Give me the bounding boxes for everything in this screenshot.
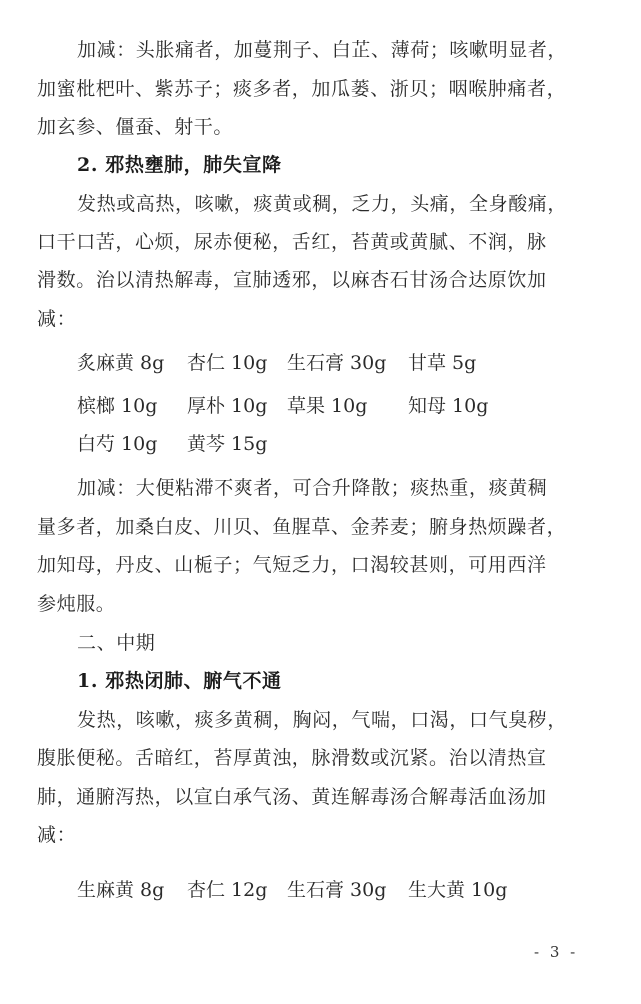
subheading: 2. 邪热壅肺，肺失宣降 bbox=[77, 153, 637, 177]
herb-item: 黄芩 15g bbox=[187, 432, 267, 456]
herb-item: 生石膏 30g bbox=[287, 878, 386, 902]
subheading: 1. 邪热闭肺、腑气不通 bbox=[77, 669, 637, 693]
herb-item: 杏仁 12g bbox=[187, 878, 267, 902]
paragraph-line: 加蜜枇杷叶、紫苏子；痰多者，加瓜蒌、浙贝；咽喉肿痛者， bbox=[37, 77, 597, 101]
paragraph-line: 加知母，丹皮、山栀子；气短乏力，口渴较甚则，可用西洋 bbox=[37, 553, 597, 577]
herb-item: 甘草 5g bbox=[408, 351, 476, 375]
page-number: - 3 - bbox=[534, 943, 578, 961]
paragraph-line: 加减：大便粘滞不爽者，可合升降散；痰热重，痰黄稠 bbox=[77, 476, 637, 500]
paragraph-line: 滑数。治以清热解毒，宣肺透邪，以麻杏石甘汤合达原饮加 bbox=[37, 268, 597, 292]
paragraph-line: 口干口苦，心烦，尿赤便秘，舌红，苔黄或黄腻、不润，脉 bbox=[37, 230, 597, 254]
section-heading: 二、中期 bbox=[77, 631, 637, 655]
herb-item: 槟榔 10g bbox=[77, 394, 157, 418]
paragraph-line: 加减：头胀痛者，加蔓荆子、白芷、薄荷；咳嗽明显者， bbox=[77, 38, 637, 62]
paragraph-line: 减： bbox=[37, 307, 597, 331]
paragraph-line: 量多者，加桑白皮、川贝、鱼腥草、金荞麦；腑身热烦躁者， bbox=[37, 515, 597, 539]
herb-item: 生大黄 10g bbox=[408, 878, 507, 902]
herb-item: 杏仁 10g bbox=[187, 351, 267, 375]
herb-item: 生麻黄 8g bbox=[77, 878, 164, 902]
herb-item: 炙麻黄 8g bbox=[77, 351, 164, 375]
document-page: 加减：头胀痛者，加蔓荆子、白芷、薄荷；咳嗽明显者， 加蜜枇杷叶、紫苏子；痰多者，… bbox=[0, 0, 641, 1004]
paragraph-line: 参炖服。 bbox=[37, 592, 597, 616]
herb-item: 生石膏 30g bbox=[287, 351, 386, 375]
paragraph-line: 减： bbox=[37, 823, 597, 847]
paragraph-line: 加玄参、僵蚕、射干。 bbox=[37, 115, 597, 139]
paragraph-line: 发热，咳嗽，痰多黄稠，胸闷，气喘，口渴，口气臭秽， bbox=[77, 708, 637, 732]
herb-item: 知母 10g bbox=[408, 394, 488, 418]
paragraph-line: 肺，通腑泻热，以宣白承气汤、黄连解毒汤合解毒活血汤加 bbox=[37, 785, 597, 809]
paragraph-line: 腹胀便秘。舌暗红，苔厚黄浊，脉滑数或沉紧。治以清热宣 bbox=[37, 746, 597, 770]
paragraph-line: 发热或高热，咳嗽，痰黄或稠，乏力，头痛，全身酸痛， bbox=[77, 192, 637, 216]
herb-item: 草果 10g bbox=[287, 394, 367, 418]
herb-item: 厚朴 10g bbox=[187, 394, 267, 418]
herb-item: 白芍 10g bbox=[77, 432, 157, 456]
